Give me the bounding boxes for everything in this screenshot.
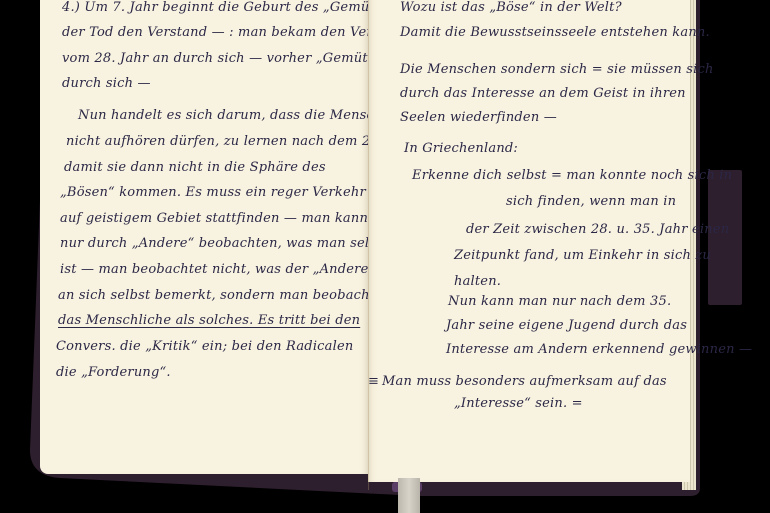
right-line-2: Damit die Bewusstseinsseele entstehen ka… [400,25,710,40]
right-line-13: Jahr seine eigene Jugend durch das [446,318,687,333]
right-line-1: Wozu ist das „Böse“ in der Welt? [400,0,622,15]
left-line-4: durch sich — [62,76,151,91]
margin-mark: ≡ [368,374,379,389]
right-line-5: Seelen wiederfinden — [400,110,557,125]
right-line-9: der Zeit zwischen 28. u. 35. Jahr einen [466,222,729,237]
right-line-8: sich finden, wenn man in [506,194,676,209]
right-line-4: durch das Interesse an dem Geist in ihre… [400,86,686,101]
left-line-15: die „Forderung“. [56,365,171,380]
left-line-10: nur durch „Andere“ beobachten, was man s… [60,236,390,251]
left-line-14: Convers. die „Kritik“ ein; bei den Radic… [56,339,353,354]
right-line-3: Die Menschen sondern sich = sie müssen s… [400,62,714,77]
left-line-13: das Menschliche als solches. Es tritt be… [58,313,360,328]
left-line-3: vom 28. Jahr an durch sich — vorher „Gem… [62,51,375,66]
bookmark-ribbon [398,478,420,513]
right-line-11: halten. [454,274,501,289]
left-line-1: 4.) Um 7. Jahr beginnt die Geburt des „G… [62,0,386,15]
left-line-7: damit sie dann nicht in die Sphäre des [64,160,326,175]
gutter-fold [368,0,369,490]
right-line-14: Interesse am Andern erkennend gewinnen — [446,342,752,357]
right-page: Wozu ist das „Böse“ in der Welt? Damit d… [368,0,690,482]
right-line-15: Man muss besonders aufmerksam auf das [382,374,667,389]
right-line-10: Zeitpunkt fand, um Einkehr in sich zu [454,248,711,263]
left-line-12: an sich selbst bemerkt, sondern man beob… [58,288,388,303]
left-line-2: der Tod den Verstand — : man bekam den V… [62,25,410,40]
left-line-11: ist — man beobachtet nicht, was der „And… [60,262,375,277]
right-line-6: In Griechenland: [404,141,518,156]
left-line-5: Nun handelt es sich darum, dass die Mens… [78,108,399,123]
left-line-8: „Bösen“ kommen. Es muss ein reger Verkeh… [60,185,366,200]
left-line-6: nicht aufhören dürfen, zu lernen nach de… [66,134,419,149]
cover-tab [708,170,742,305]
left-line-9: auf geistigem Gebiet stattfinden — man k… [60,211,368,226]
left-page: 4.) Um 7. Jahr beginnt die Geburt des „G… [40,0,368,474]
right-line-16: „Interesse“ sein. = [454,396,583,411]
right-line-12: Nun kann man nur nach dem 35. [448,294,671,309]
right-line-7: Erkenne dich selbst = man konnte noch si… [412,168,732,183]
